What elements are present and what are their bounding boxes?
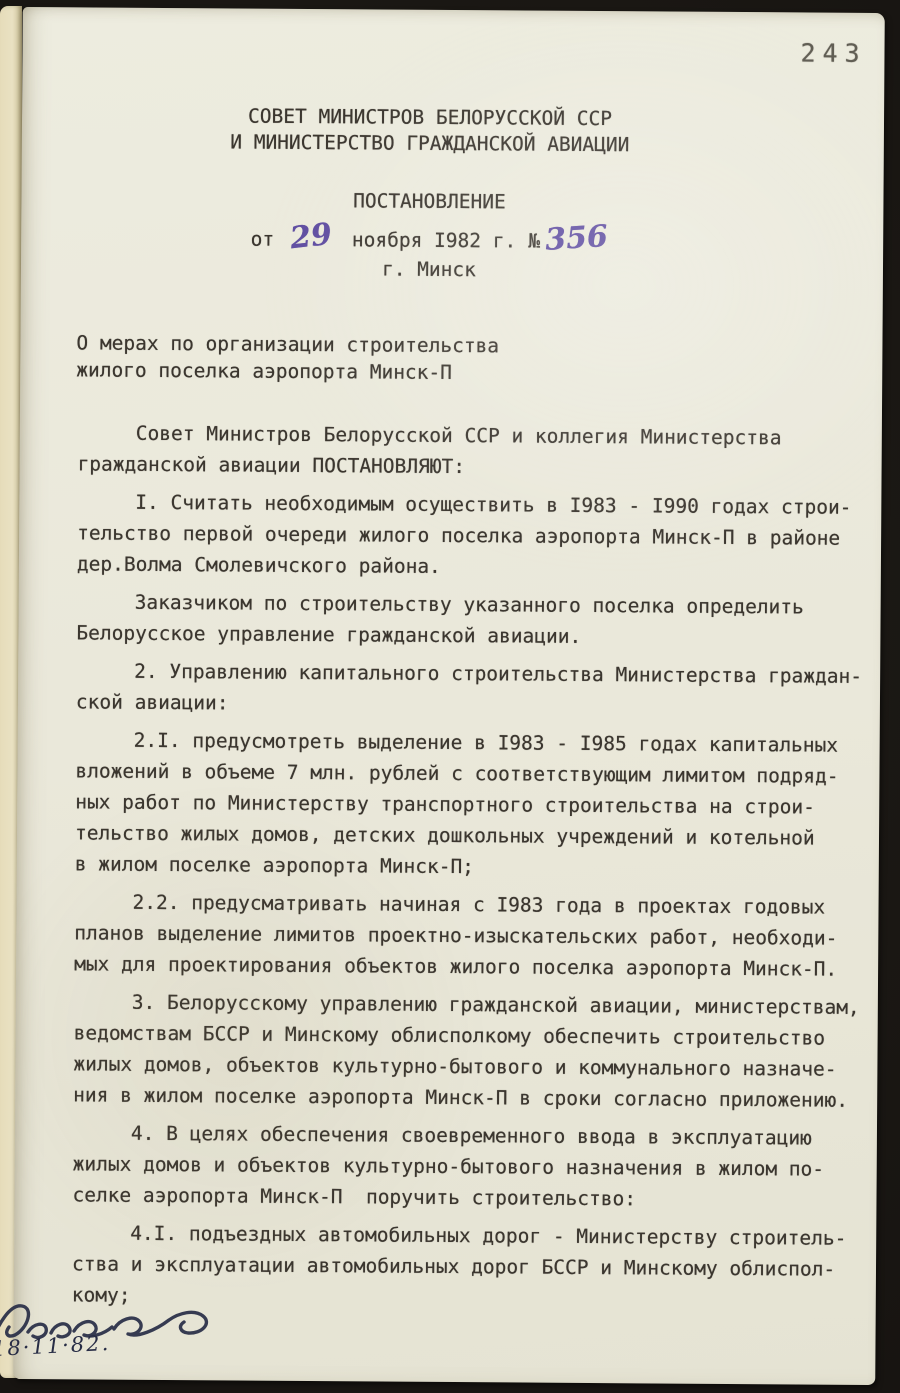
city-line: г. Минск — [79, 255, 779, 283]
handwritten-day: 29 — [288, 217, 333, 257]
handwritten-document-number: 356 — [544, 219, 609, 258]
photo-background: 243 СОВЕТ МИНИСТРОВ БЕЛОРУССКОЙ ССР И МИ… — [0, 0, 900, 1393]
body-line: ния в жилом поселке аэропорта Минск-П в … — [73, 1079, 873, 1116]
subject-block: О мерах по организации строительства жил… — [76, 329, 836, 388]
issuing-body: СОВЕТ МИНИСТРОВ БЕЛОРУССКОЙ ССР И МИНИСТ… — [80, 102, 780, 159]
body-line: ской авиации: — [76, 686, 876, 723]
body-line: селке аэропорта Минск-П поручить строите… — [72, 1179, 872, 1216]
paragraph-item-3: 3. Белорусскому управлению гражданской а… — [73, 986, 874, 1116]
page-number-stamp: 243 — [800, 38, 866, 67]
paragraph-customer: Заказчиком по строительству указанного п… — [76, 586, 876, 654]
body-line: в жилом поселке аэропорта Минск-П; — [75, 848, 875, 885]
body-line: гражданской авиации ПОСТАНОВЛЯЮТ: — [78, 448, 878, 485]
number-sign: № — [528, 230, 540, 253]
body-line: дер.Волма Смолевичского района. — [77, 548, 877, 585]
paragraph-item-2-2: 2.2. предусматривать начиная с I983 года… — [74, 886, 875, 985]
body-line: ства и эксплуатации автомобильных дорог … — [72, 1248, 872, 1285]
body-line: Белорусское управление гражданской авиац… — [76, 617, 876, 654]
subject-line: жилого поселка аэропорта Минск-П — [76, 356, 836, 388]
document-type-title: ПОСТАНОВЛЕНИЕ — [79, 187, 779, 215]
paragraph-item-4: 4. В целях обеспечения своевременного вв… — [72, 1117, 873, 1216]
paragraph-item-1: I. Считать необходимым осуществить в I98… — [77, 486, 878, 585]
paragraph-item-2: 2. Управлению капитального строительства… — [76, 655, 876, 723]
document-page: 243 СОВЕТ МИНИСТРОВ БЕЛОРУССКОЙ ССР И МИ… — [13, 7, 885, 1385]
body-text: Совет Министров Белорусской ССР и коллег… — [72, 417, 878, 1323]
issuing-body-line: И МИНИСТЕРСТВО ГРАЖДАНСКОЙ АВИАЦИИ — [80, 128, 780, 159]
typed-month-year: ноября I982 г. — [352, 228, 517, 252]
body-line: мых для проектирования объектов жилого п… — [74, 948, 874, 985]
date-prefix: от — [251, 228, 275, 251]
date-and-number-line: от 29 ноября I982 г. № 356 — [79, 217, 779, 260]
paragraph-preamble: Совет Министров Белорусской ССР и коллег… — [78, 417, 878, 485]
paragraph-item-2-1: 2.I. предусмотреть выделение в I983 - I9… — [75, 724, 876, 885]
